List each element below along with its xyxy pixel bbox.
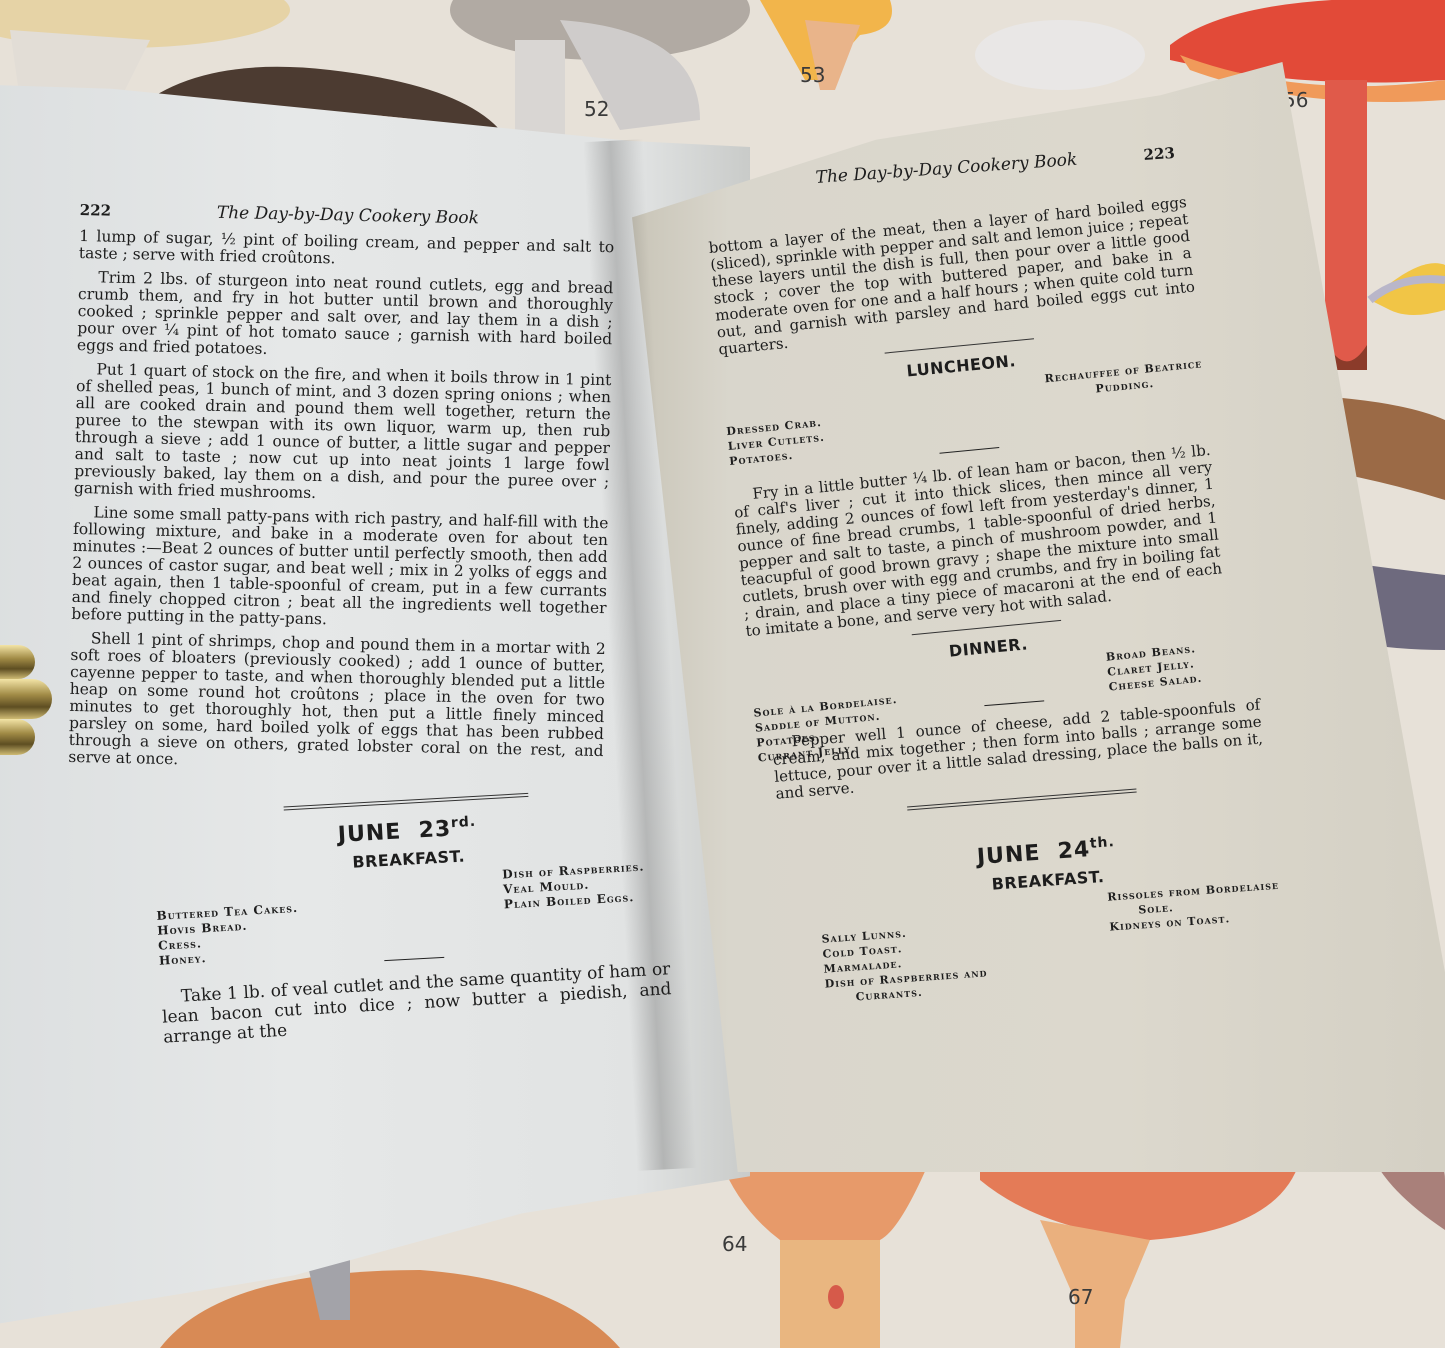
page-number: 223 <box>1143 144 1175 164</box>
june-24-section: JUNE 24th. BREAKFAST. Sally Lunns. Cold … <box>815 813 1285 1007</box>
june-23-section: JUNE 23rd. BREAKFAST. Buttered Tea Cakes… <box>150 772 673 1055</box>
poster-number: 52 <box>584 97 609 121</box>
brass-clasp <box>0 645 55 755</box>
recipe-paragraph: Shell 1 pint of shrimps, chop and pound … <box>68 630 606 777</box>
recipe-paragraph: Line some small patty-pans with rich pas… <box>71 504 608 634</box>
book-title: The Day-by-Day Cookery Book <box>217 203 479 228</box>
poster-number: 67 <box>1068 1285 1093 1309</box>
recipe-paragraph: Fry in a little butter ¼ lb. of lean ham… <box>732 442 1224 640</box>
recipe-paragraph: 1 lump of sugar, ½ pint of boiling cream… <box>79 228 615 273</box>
poster-number: 64 <box>722 1232 747 1256</box>
short-divider <box>939 447 999 454</box>
right-page-text: bottom a layer of the meat, then a layer… <box>708 194 1236 766</box>
recipe-paragraph: Trim 2 lbs. of sturgeon into neat round … <box>77 269 614 365</box>
section-divider <box>283 793 528 811</box>
poster-number: 53 <box>800 63 825 87</box>
recipe-paragraph: Put 1 quart of stock on the fire, and wh… <box>74 361 612 508</box>
left-page-text: 222 The Day-by-Day Cookery Book 1 lump o… <box>68 200 615 784</box>
section-divider <box>907 788 1137 810</box>
short-divider <box>384 957 444 961</box>
page-number: 222 <box>80 201 112 220</box>
